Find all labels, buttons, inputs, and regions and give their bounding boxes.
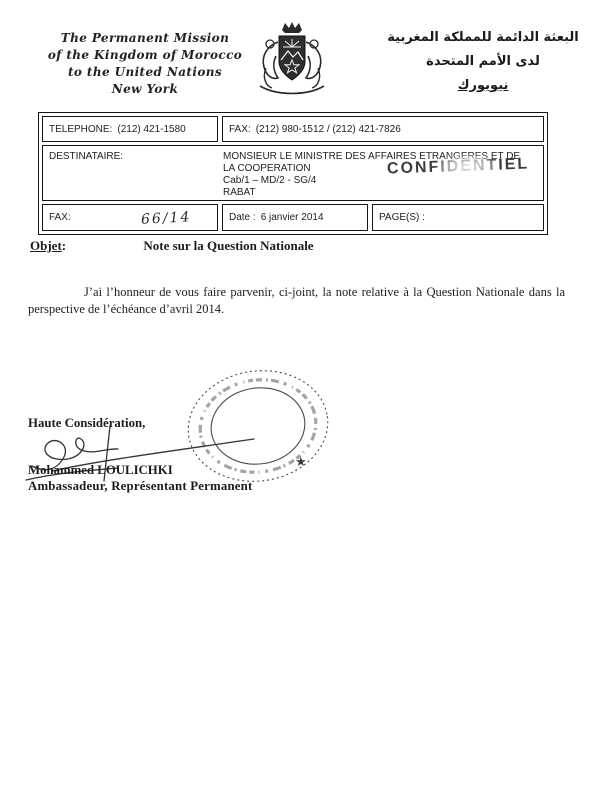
fax-table-row-contacts: TELEPHONE: (212) 421-1580 FAX: (212) 980… [42,116,544,142]
fax-value: (212) 980-1512 / (212) 421-7826 [256,124,401,135]
mission-line: The Permanent Mission [38,30,252,47]
signer-title: Ambassadeur, Représentant Permanent [28,479,252,494]
telephone-value: (212) 421-1580 [117,124,185,135]
mission-arabic-line: نيويورك [378,74,588,98]
objet-colon: : [62,238,66,253]
fax-numbers-cell: FAX: (212) 980-1512 / (212) 421-7826 [222,116,544,142]
fax-ref-label: FAX: [49,212,71,223]
pages-cell: PAGE(S) : [372,204,544,231]
mission-name-english: The Permanent Mission of the Kingdom of … [38,30,252,98]
destinataire-line: RABAT [223,187,520,199]
mission-arabic-line: لدى الأمم المتحدة [378,50,588,74]
embassy-round-stamp-icon: ★ [183,366,333,491]
date-cell: Date : 6 janvier 2014 [222,204,368,231]
fax-label: FAX: [229,124,251,135]
date-label: Date : [229,212,256,223]
objet-value: Note sur la Question Nationale [143,238,313,253]
destinataire-label: DESTINATAIRE: [49,151,123,162]
moroccan-coat-of-arms-icon [252,20,332,117]
mission-line: to the United Nations [38,64,252,81]
mission-name-arabic: البعثة الدائمة للمملكة المغربية لدى الأم… [378,26,588,98]
fax-table-row-meta: FAX: 66/14 Date : 6 janvier 2014 PAGE(S)… [42,204,544,231]
mission-arabic-line: البعثة الدائمة للمملكة المغربية [378,26,588,50]
fax-ref-handwritten-number: 66/14 [140,208,211,228]
objet-row: Objet: Note sur la Question Nationale [30,238,580,254]
fax-header-table: TELEPHONE: (212) 421-1580 FAX: (212) 980… [38,112,548,235]
mission-line: New York [38,81,252,98]
fax-document-page: The Permanent Mission of the Kingdom of … [0,0,612,792]
date-value: 6 janvier 2014 [261,212,324,223]
objet-label: Objet [30,238,62,253]
letter-body-paragraph: J’ai l’honneur de vous faire parvenir, c… [28,284,565,318]
telephone-cell: TELEPHONE: (212) 421-1580 [42,116,218,142]
destinataire-cell: DESTINATAIRE: MONSIEUR LE MINISTRE DES A… [42,145,544,201]
fax-reference-cell: FAX: 66/14 [42,204,218,231]
destinataire-line: Cab/1 – MD/2 - SG/4 [223,175,520,187]
star-icon: ★ [295,454,307,469]
fax-table-row-destinataire: DESTINATAIRE: MONSIEUR LE MINISTRE DES A… [42,145,544,201]
pages-label: PAGE(S) : [379,212,425,223]
mission-line: of the Kingdom of Morocco [38,47,252,64]
signer-name: Mohammed LOULICHKI [28,463,173,478]
telephone-label: TELEPHONE: [49,124,112,135]
